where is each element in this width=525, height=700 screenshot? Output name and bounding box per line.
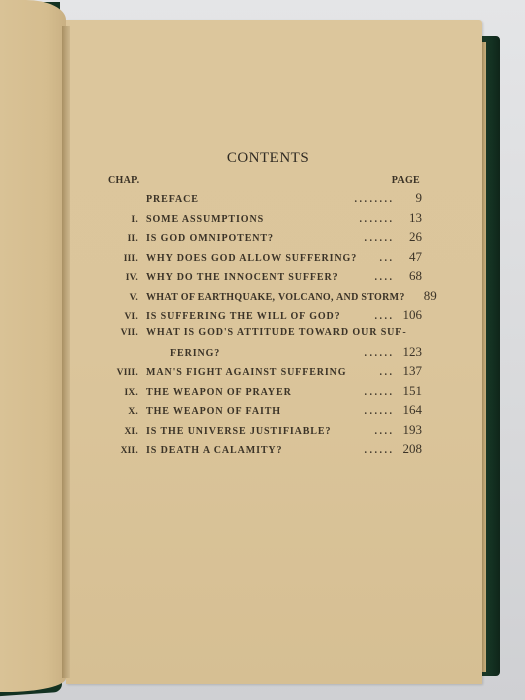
chapter-title: PREFACE: [146, 194, 199, 205]
toc-entry: X. THE WEAPON OF FAITH . . . . . . 164: [106, 402, 422, 422]
chapter-number: XI.: [106, 427, 146, 437]
leader-dots: . . . .: [338, 272, 394, 283]
page-number: 164: [394, 402, 422, 418]
toc-entry: I. SOME ASSUMPTIONS . . . . . . . 13: [106, 210, 422, 230]
chapter-title: THE WEAPON OF FAITH: [146, 406, 281, 417]
page-number: 47: [394, 249, 422, 265]
page-number: 9: [394, 190, 422, 206]
page-number: 137: [394, 363, 422, 379]
chapter-number: III.: [106, 254, 146, 264]
book-gutter: [62, 26, 70, 678]
chapter-title: IS GOD OMNIPOTENT?: [146, 233, 274, 244]
page-number: 89: [409, 288, 437, 304]
chapter-title: THE WEAPON OF PRAYER: [146, 387, 292, 398]
leader-dots: . . . . . .: [292, 387, 394, 398]
leader-dots: . . .: [357, 253, 394, 264]
chapter-title: MAN'S FIGHT AGAINST SUFFERING: [146, 367, 347, 378]
chapter-number: VIII.: [106, 368, 146, 378]
column-headers: CHAP. PAGE: [106, 175, 422, 186]
page-number: 68: [394, 268, 422, 284]
toc-entry: XII. IS DEATH A CALAMITY? . . . . . . 20…: [106, 441, 422, 461]
page-number: 151: [394, 383, 422, 399]
page-number: 208: [394, 441, 422, 457]
page-column-header: PAGE: [392, 175, 420, 186]
chapter-number: VII.: [106, 328, 146, 338]
toc-entry: II. IS GOD OMNIPOTENT? . . . . . . 26: [106, 229, 422, 249]
chapter-title: IS THE UNIVERSE JUSTIFIABLE?: [146, 426, 331, 437]
chapter-number: IX.: [106, 388, 146, 398]
leader-dots: . . .: [347, 367, 395, 378]
page-number: 26: [394, 229, 422, 245]
leader-dots: . . . .: [331, 426, 394, 437]
toc-entry: V. WHAT OF EARTHQUAKE, VOLCANO, AND STOR…: [106, 288, 422, 308]
chapter-number: VI.: [106, 312, 146, 322]
page-number: 106: [394, 307, 422, 323]
chapter-number: XII.: [106, 446, 146, 456]
toc-entry: VIII. MAN'S FIGHT AGAINST SUFFERING . . …: [106, 363, 422, 383]
leader-dots: . . . . . .: [281, 406, 394, 417]
leader-dots: . . . . . .: [220, 348, 394, 359]
left-page: [0, 0, 66, 692]
chapter-title: WHY DOES GOD ALLOW SUFFERING?: [146, 253, 357, 264]
chapter-number: IV.: [106, 273, 146, 283]
leader-dots: . . . . . . .: [264, 214, 394, 225]
chapter-title: SOME ASSUMPTIONS: [146, 214, 264, 225]
chapter-title: WHAT OF EARTHQUAKE, VOLCANO, AND STORM?: [146, 292, 405, 303]
table-of-contents: CONTENTS CHAP. PAGE PREFACE . . . . . . …: [106, 150, 422, 461]
leader-dots: . . . . . .: [282, 445, 394, 456]
toc-entry: IX. THE WEAPON OF PRAYER . . . . . . 151: [106, 383, 422, 403]
chapter-number: I.: [106, 215, 146, 225]
page-number: 13: [394, 210, 422, 226]
chapter-number: X.: [106, 407, 146, 417]
page-number: 123: [394, 344, 422, 360]
chapter-number: V.: [106, 293, 146, 303]
chapter-title-line1: WHAT IS GOD'S ATTITUDE TOWARD OUR SUF-: [146, 327, 407, 338]
chapter-title: WHY DO THE INNOCENT SUFFER?: [146, 272, 338, 283]
toc-entry: VII. WHAT IS GOD'S ATTITUDE TOWARD OUR S…: [106, 327, 422, 364]
toc-entry: XI. IS THE UNIVERSE JUSTIFIABLE? . . . .…: [106, 422, 422, 442]
leader-dots: . . . .: [341, 311, 394, 322]
toc-entry: III. WHY DOES GOD ALLOW SUFFERING? . . .…: [106, 249, 422, 269]
contents-title: CONTENTS: [114, 150, 422, 167]
chapter-title: IS DEATH A CALAMITY?: [146, 445, 282, 456]
leader-dots: . . . . . . . .: [199, 194, 394, 205]
chapter-title: IS SUFFERING THE WILL OF GOD?: [146, 311, 341, 322]
leader-dots: . . . . . .: [274, 233, 394, 244]
toc-entry: VI. IS SUFFERING THE WILL OF GOD? . . . …: [106, 307, 422, 327]
toc-entry: PREFACE . . . . . . . . 9: [106, 190, 422, 210]
chapter-number: II.: [106, 234, 146, 244]
toc-entry: IV. WHY DO THE INNOCENT SUFFER? . . . . …: [106, 268, 422, 288]
page-number: 193: [394, 422, 422, 438]
chapter-title-line2: FERING?: [170, 348, 220, 359]
chapter-column-header: CHAP.: [108, 175, 139, 186]
photo-background: CONTENTS CHAP. PAGE PREFACE . . . . . . …: [0, 0, 525, 700]
